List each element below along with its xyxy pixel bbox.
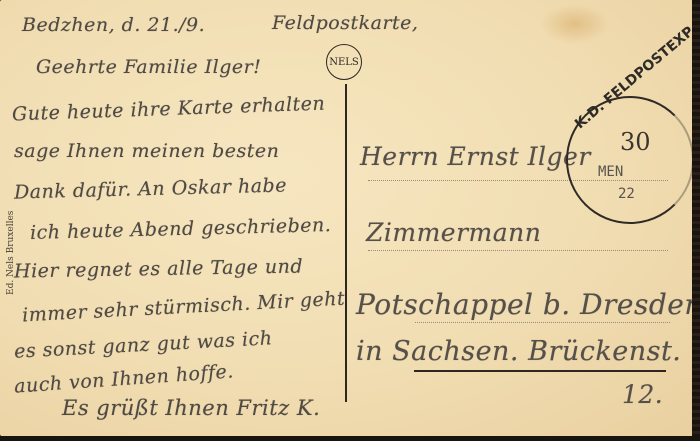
address-line-4-rule <box>414 370 666 372</box>
message-line-2: Geehrte Familie Ilger! <box>36 56 261 78</box>
address-street: in Sachsen. Brückenst. <box>356 336 681 367</box>
nels-logo: NELS <box>326 44 362 80</box>
message-line-8: immer sehr stürmisch. Mir geht <box>22 288 346 327</box>
address-town: Potschappel b. Dresden <box>356 288 694 321</box>
center-divider <box>345 84 347 402</box>
message-line-10: auch von Ihnen hoffe. <box>14 360 235 397</box>
postmark-stamp: K.D. FELDPOSTEXP. 30 MEN 22 <box>566 96 694 224</box>
address-house-number: 12. <box>622 380 663 409</box>
perforated-edge <box>692 0 700 441</box>
scan-border <box>0 436 700 441</box>
message-line-1: Bedzhen, d. 21./9. <box>22 14 205 36</box>
postmark-number: 30 <box>620 128 651 156</box>
header-feldpostkarte: Feldpostkarte, <box>272 12 418 34</box>
address-line-2-rule <box>368 250 668 251</box>
message-line-6: ich heute Abend geschrieben. <box>30 214 332 244</box>
address-line-3-rule <box>415 322 670 323</box>
message-line-9: es sonst ganz gut was ich <box>14 327 273 363</box>
message-line-4: sage Ihnen meinen besten <box>14 140 279 162</box>
message-line-3: Gute heute ihre Karte erhalten <box>12 93 326 126</box>
message-line-5: Dank dafür. An Oskar habe <box>14 174 287 203</box>
publisher-imprint: Ed. Nels Bruxelles <box>6 211 16 295</box>
message-signature: Es grüßt Ihnen Fritz K. <box>62 396 320 420</box>
address-occupation: Zimmermann <box>366 218 541 247</box>
message-line-7: Hier regnet es alle Tage und <box>14 255 303 282</box>
postmark-middle: MEN <box>598 164 623 180</box>
address-recipient: Herrn Ernst Ilger <box>360 142 591 171</box>
paper-stain <box>540 4 610 44</box>
postcard: Bedzhen, d. 21./9. Feldpostkarte, Geehrt… <box>0 0 694 436</box>
postmark-date: 22 <box>618 186 635 202</box>
